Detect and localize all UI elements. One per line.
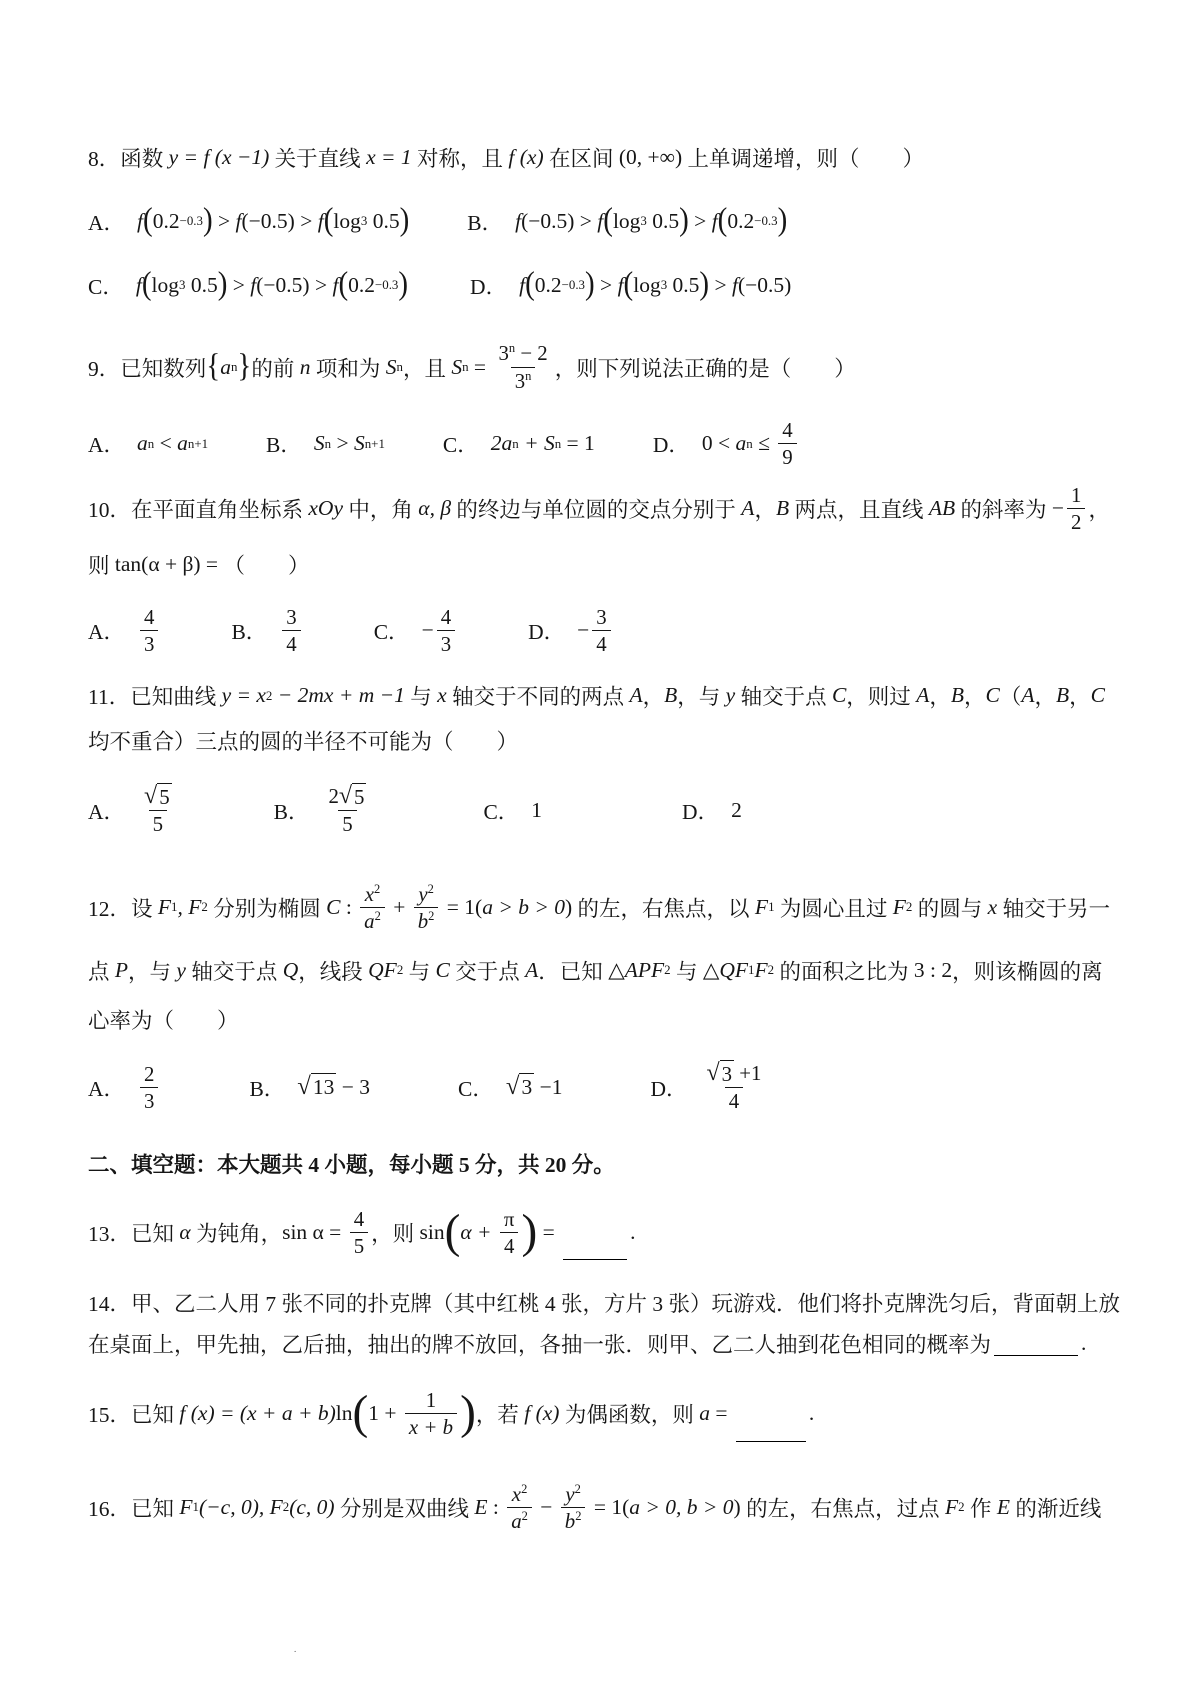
math-run: y [418, 882, 427, 906]
option-label: C． [458, 1072, 494, 1103]
question-text: 轴交于点 [735, 680, 832, 711]
question-text: （ [1000, 680, 1022, 711]
question-text: . [630, 1220, 635, 1245]
denominator: 2 [1067, 508, 1085, 535]
paren-open: ( [624, 269, 634, 302]
paren-close: ) [218, 269, 228, 302]
math-run: − 2mx + m −1 [272, 683, 405, 708]
math-run: > [295, 209, 318, 234]
math-run: y [726, 683, 736, 708]
superscript: 2 [521, 1482, 527, 1496]
math-run: α [179, 1220, 190, 1245]
math-run: − [1052, 496, 1064, 521]
question-text: 与 [403, 955, 435, 986]
question-10-stem-2: 则 tan(α + β) = （ ） [88, 549, 1130, 580]
question-text: 的左，右焦点，过点 [746, 1492, 945, 1523]
question-text: 分别为椭圆 [208, 892, 326, 923]
math-run: S [314, 431, 325, 456]
math-run: S [354, 431, 365, 456]
exam-page: 8．函数 y = f (x −1) 关于直线 x = 1 对称，且 f (x) … [0, 0, 1200, 1698]
option-label: B． [467, 206, 503, 237]
option-label: C． [443, 428, 479, 459]
question-text: 8．函数 [88, 142, 169, 173]
math-run: (c, 0) [289, 1495, 334, 1520]
question-8-options-ab: A． f(0.2−0.3) > f(−0.5) > f(log3 0.5) B．… [88, 199, 1130, 243]
superscript: 2 [375, 909, 381, 923]
question-text: 的斜率为 [955, 493, 1052, 524]
denominator: 9 [778, 443, 796, 470]
math-run: + S [519, 431, 555, 456]
option-label: D． [470, 270, 507, 301]
denominator: b2 [561, 1507, 586, 1534]
option-label: B． [249, 1072, 285, 1103]
question-9-option-a: A． an < an+1 [88, 428, 208, 459]
math-run: A [916, 683, 929, 708]
option-label: A． [88, 206, 125, 237]
math-run: (−0.5) [738, 273, 791, 298]
math-run: +1 [734, 1061, 761, 1085]
question-text: ，线段 [298, 955, 368, 986]
question-text: ， [929, 680, 951, 711]
radical-sign: √ [297, 1073, 311, 1100]
question-text: 上单调递增，则（ ） [682, 142, 924, 173]
math-run: 0.5 [647, 209, 679, 234]
denominator: 3 [140, 630, 158, 657]
answer-blank [736, 1419, 806, 1443]
numerator: y2 [414, 881, 438, 907]
fraction: √55 [140, 783, 176, 837]
question-11-options: A． √55 B． 2√55 C． 1 D． 2 [88, 780, 1130, 840]
math-run: A [629, 683, 642, 708]
question-text: ， [754, 493, 776, 524]
question-12-stem-2: 点 P，与 y 轴交于点 Q，线段 QF2 与 C 交于点 A．已知 △APF2… [88, 954, 1130, 986]
fraction: 3n − 23n [494, 340, 551, 393]
math-run: + [388, 895, 411, 920]
option-label: D． [653, 428, 690, 459]
math-run: = [537, 1220, 560, 1245]
math-run: a [137, 431, 148, 456]
question-text: ， [1035, 680, 1057, 711]
math-run: = 1 [561, 431, 595, 456]
math-run: ) [565, 895, 578, 920]
math-run: C [832, 683, 846, 708]
radical: √5 [144, 783, 172, 810]
math-run: B [776, 496, 789, 521]
math-run: > [574, 209, 597, 234]
numerator: y2 [561, 1481, 585, 1507]
option-label: C． [374, 615, 410, 646]
numerator: 2 [140, 1061, 158, 1087]
math-run: > [709, 273, 732, 298]
denominator: 4 [592, 630, 610, 657]
math-run: y [176, 958, 186, 983]
question-10-option-b: B． 34 [231, 604, 303, 657]
math-run: > [331, 431, 354, 456]
math-run: log [613, 209, 640, 234]
math-run: y = x [222, 683, 266, 708]
radical: √13 [297, 1073, 336, 1101]
math-run: sin α = [282, 1220, 347, 1245]
question-text: ，则下列说法正确的是（ ） [555, 352, 856, 383]
fraction: 34 [592, 604, 610, 657]
math-run: f (x) [524, 1401, 559, 1426]
fraction: 49 [778, 417, 796, 470]
question-text: ，则过 [846, 680, 916, 711]
math-run: ) [734, 1495, 747, 1520]
denominator: b2 [414, 907, 439, 934]
fraction: x2a2 [360, 881, 385, 934]
math-run: − 3 [336, 1075, 370, 1100]
numerator: 3 [592, 604, 610, 630]
numerator: 4 [437, 604, 455, 630]
question-11-option-c: C． 1 [483, 795, 542, 826]
question-8-option-a: A． f(0.2−0.3) > f(−0.5) > f(log3 0.5) [88, 206, 409, 237]
denominator: 5 [350, 1232, 368, 1259]
math-run: 1 + [368, 1401, 402, 1426]
question-text: 在区间 [544, 142, 619, 173]
question-text: 的渐近线 [1010, 1492, 1101, 1523]
question-8-option-d: D． f(0.2−0.3) > f(log3 0.5) > f(−0.5) [470, 270, 791, 301]
math-run: = [469, 355, 492, 380]
question-text: ，若 [476, 1398, 524, 1429]
question-text: 心率为（ ） [88, 1004, 239, 1035]
question-text: ，则该椭圆的离 [952, 955, 1103, 986]
denominator: a2 [360, 907, 385, 934]
question-text: ， [643, 680, 665, 711]
paren-close: ) [679, 205, 689, 238]
denominator: 3n [511, 367, 536, 394]
math-run: > [689, 209, 712, 234]
math-run: < [154, 431, 177, 456]
question-12-option-c: C． √3 −1 [458, 1072, 562, 1103]
denominator: 4 [282, 630, 300, 657]
math-run: a [511, 1509, 521, 1533]
question-9-stem: 9．已知数列{an}的前 n 项和为 Sn，且 Sn = 3n − 23n，则下… [88, 339, 1130, 395]
math-run: F [188, 895, 201, 920]
math-run: F [893, 895, 906, 920]
numerator: 1 [1067, 482, 1085, 508]
question-text: 10．在平面直角坐标系 [88, 493, 308, 524]
paren-close: ) [699, 269, 709, 302]
question-text: 11．已知曲线 [88, 680, 222, 711]
fraction: y2b2 [561, 1481, 586, 1534]
question-text: ， [1088, 493, 1110, 524]
paren-open: ( [445, 1209, 461, 1256]
math-run: y [565, 1482, 574, 1506]
question-text: 关于直线 [269, 142, 366, 173]
math-run: a > 0, b > 0 [629, 1495, 733, 1520]
fraction: 45 [350, 1206, 368, 1259]
question-text: 交于点 [450, 955, 525, 986]
question-text: 为钝角， [191, 1217, 282, 1248]
denominator: x + b [405, 1413, 457, 1440]
question-text: 14．甲、乙二人用 7 张不同的扑克牌（其中红桃 4 张，方片 3 张）玩游戏．… [88, 1287, 1120, 1318]
question-text: 15．已知 [88, 1398, 179, 1429]
math-run: − [577, 618, 589, 643]
question-14-stem-2: 在桌面上，甲先抽，乙后抽，抽出的牌不放回，各抽一张．则甲、乙二人抽到花色相同的概… [88, 1328, 1130, 1359]
paren-open: ( [142, 269, 152, 302]
math-run: 0.5 [185, 273, 217, 298]
math-run: α, β [418, 496, 451, 521]
math-run: sin [420, 1220, 445, 1245]
question-8-option-c: C． f(log3 0.5) > f(−0.5) > f(0.2−0.3) [88, 270, 408, 301]
superscript: 2 [428, 909, 434, 923]
paren-close: ) [521, 1209, 537, 1256]
math-run: : [487, 1495, 504, 1520]
question-text: 的左，右焦点，以 [578, 892, 755, 923]
math-run: log [333, 209, 360, 234]
numerator: 3n − 2 [494, 340, 551, 366]
question-text: 为偶函数，则 [559, 1398, 699, 1429]
question-text: 在桌面上，甲先抽，乙后抽，抽出的牌不放回，各抽一张．则甲、乙二人抽到花色相同的概… [88, 1328, 991, 1359]
math-run: tan(α + β) = [115, 552, 224, 577]
question-16: 16．已知 F1(−c, 0), F2(c, 0) 分别是双曲线 E : x2a… [88, 1475, 1130, 1539]
math-run: = [710, 1401, 733, 1426]
math-run: f (x) [508, 145, 543, 170]
radicand: 3 [519, 1073, 534, 1101]
math-run: C [436, 958, 450, 983]
option-label: D． [650, 1072, 687, 1103]
numerator: x2 [361, 881, 385, 907]
math-run: a [699, 1401, 710, 1426]
fraction: 43 [140, 604, 158, 657]
section-2-header: 二、填空题：本大题共 4 小题，每小题 5 分，共 20 分。 [88, 1147, 1130, 1179]
math-run: − 2 [515, 341, 548, 365]
numerator: π [500, 1206, 519, 1232]
math-run: (−0.5) [521, 209, 574, 234]
question-text: . [1081, 1331, 1086, 1356]
question-12-option-b: B． √13 − 3 [249, 1072, 370, 1103]
fraction: √3 +14 [702, 1060, 765, 1114]
exam-content: 8．函数 y = f (x −1) 关于直线 x = 1 对称，且 f (x) … [88, 142, 1130, 1539]
math-run: α + [460, 1220, 497, 1245]
option-label: D． [528, 615, 565, 646]
math-run: log [152, 273, 179, 298]
question-text: 则 [88, 549, 115, 580]
question-10-option-d: D． −34 [528, 604, 614, 657]
question-text: 13．已知 [88, 1217, 179, 1248]
fraction: 2√55 [324, 783, 370, 837]
math-run: △APF [608, 958, 664, 983]
math-run: y = f (x −1) [169, 145, 270, 170]
question-text: ， [1069, 680, 1091, 711]
math-run: , [177, 895, 188, 920]
paren-open: ( [143, 205, 153, 238]
denominator: 4 [725, 1087, 743, 1114]
math-run: 0.2 [727, 209, 754, 234]
radical-sign: √ [339, 783, 352, 809]
question-text: 作 [965, 1492, 997, 1523]
question-text: . [809, 1401, 814, 1426]
option-label: B． [266, 428, 302, 459]
fraction: π4 [500, 1206, 519, 1259]
math-run: A [1021, 683, 1034, 708]
math-run: − [422, 618, 434, 643]
math-run: n [300, 355, 311, 380]
question-text: 为圆心且过 [775, 892, 893, 923]
question-10-stem: 10．在平面直角坐标系 xOy 中，角 α, β 的终边与单位圆的交点分别于 A… [88, 482, 1130, 535]
question-11-stem: 11．已知曲线 y = x2 − 2mx + m −1 与 x 轴交于不同的两点… [88, 680, 1130, 711]
option-label: A． [88, 1072, 125, 1103]
math-run: b [565, 1509, 575, 1533]
math-run: E [474, 1495, 487, 1520]
question-text: 两点，且直线 [789, 493, 929, 524]
paren-close: ) [203, 205, 213, 238]
radicand: 13 [311, 1073, 337, 1101]
question-11-option-d: D． 2 [682, 795, 742, 826]
math-run: C [326, 895, 340, 920]
paren-close: ) [778, 205, 788, 238]
option-label: D． [682, 795, 719, 826]
numerator: 4 [778, 417, 796, 443]
math-run: B [951, 683, 964, 708]
question-text: ，且 [403, 352, 451, 383]
fraction: 23 [140, 1061, 158, 1114]
radicand: 3 [720, 1060, 734, 1087]
question-8-stem: 8．函数 y = f (x −1) 关于直线 x = 1 对称，且 f (x) … [88, 142, 1130, 173]
math-run: : [340, 895, 357, 920]
option-label: C． [88, 270, 124, 301]
math-run: 3 : 2 [914, 958, 952, 983]
math-run: a > b > 0 [482, 895, 565, 920]
paren-open: ( [352, 1390, 368, 1437]
math-run: b [418, 909, 428, 933]
question-12-options: A． 23 B． √13 − 3 C． √3 −1 D． √3 +14 [88, 1057, 1130, 1117]
question-10-options: A． 43 B． 34 C． −43 D． −34 [88, 602, 1130, 658]
radicand: 5 [157, 783, 171, 810]
question-9-options: A． an < an+1 B． Sn > Sn+1 C． 2an + Sn = … [88, 417, 1130, 470]
option-label: A． [88, 428, 125, 459]
question-text: 与 [405, 680, 437, 711]
radical-sign: √ [144, 783, 157, 809]
question-text: ， [964, 680, 986, 711]
math-run: F [755, 958, 768, 983]
superscript: 2 [575, 1509, 581, 1523]
question-13: 13．已知 α 为钝角，sin α = 45，则 sin(α + π4) = . [88, 1201, 1130, 1263]
math-run: 0 < [702, 431, 736, 456]
answer-blank [994, 1333, 1078, 1357]
option-label: A． [88, 615, 125, 646]
question-text: 点 [88, 955, 115, 986]
superscript: 2 [575, 1482, 581, 1496]
question-14-stem: 14．甲、乙二人用 7 张不同的扑克牌（其中红桃 4 张，方片 3 张）玩游戏．… [88, 1287, 1130, 1318]
paren-open: ( [324, 205, 334, 238]
question-9-option-b: B． Sn > Sn+1 [266, 428, 385, 459]
math-run: (−c, 0), F [199, 1495, 283, 1520]
question-text: 轴交于不同的两点 [447, 680, 630, 711]
math-run: E [997, 1495, 1010, 1520]
question-8-option-b: B． f(−0.5) > f(log3 0.5) > f(0.2−0.3) [467, 206, 787, 237]
math-run: a [735, 431, 746, 456]
question-text: 的圆与 [912, 892, 987, 923]
section-title: 二、填空题：本大题共 4 小题，每小题 5 分，共 20 分。 [88, 1148, 615, 1179]
math-run: F [158, 895, 171, 920]
math-run: B [1056, 683, 1069, 708]
question-text: 与 [671, 955, 703, 986]
radical: √3 [706, 1060, 734, 1087]
paren-open: ( [718, 205, 728, 238]
numerator: 3 [282, 604, 300, 630]
question-text: 的终边与单位圆的交点分别于 [451, 493, 741, 524]
question-text: 9．已知数列 [88, 352, 206, 383]
question-8-options-cd: C． f(log3 0.5) > f(−0.5) > f(0.2−0.3) D．… [88, 263, 1130, 307]
paren-close: ) [585, 269, 595, 302]
question-text: ．已知 [538, 955, 608, 986]
question-11-option-a: A． √55 [88, 783, 179, 837]
math-run: ln [336, 1401, 353, 1426]
numerator: 2√5 [324, 783, 370, 810]
paren-close: ) [400, 205, 410, 238]
paren-open: ( [603, 205, 613, 238]
question-text: 16．已知 [88, 1492, 179, 1523]
question-text: 均不重合）三点的圆的半径不可能为（ ） [88, 725, 518, 756]
math-run: = 1( [441, 895, 482, 920]
math-run: x [988, 895, 998, 920]
superscript: 2 [522, 1509, 528, 1523]
math-run: Q [283, 958, 299, 983]
question-text: 项和为 [310, 352, 385, 383]
question-11-option-b: B． 2√55 [274, 783, 374, 837]
math-run: (0, +∞) [619, 145, 682, 170]
question-text: 分别是双曲线 [335, 1492, 475, 1523]
numerator: 4 [350, 1206, 368, 1232]
radical-sign: √ [506, 1073, 520, 1100]
math-run: A [525, 958, 538, 983]
question-10-option-a: A． 43 [88, 604, 161, 657]
brace-open: { [206, 351, 220, 384]
question-text: ，则 [371, 1217, 419, 1248]
denominator: 4 [500, 1232, 518, 1259]
math-run: x [437, 683, 447, 708]
question-text: 对称，且 [412, 142, 509, 173]
math-run: a [364, 909, 374, 933]
radical: √5 [339, 783, 367, 810]
option-label: B． [274, 795, 310, 826]
math-run: = 1( [588, 1495, 629, 1520]
math-run: F [755, 895, 768, 920]
math-run: 2 [328, 784, 338, 808]
numerator: 4 [140, 604, 158, 630]
paren-open: ( [338, 269, 348, 302]
math-run: 2 [731, 798, 742, 823]
question-11-stem-2: 均不重合）三点的圆的半径不可能为（ ） [88, 725, 1130, 756]
math-run: 3 [498, 341, 508, 365]
math-run: △QF [703, 958, 748, 983]
math-run: 0.2 [348, 273, 375, 298]
question-text: 中，角 [343, 493, 418, 524]
math-run: x = 1 [366, 145, 412, 170]
option-label: A． [88, 795, 125, 826]
math-run: > [213, 209, 236, 234]
denominator: 5 [149, 810, 167, 837]
math-run: F [945, 1495, 958, 1520]
question-12-option-a: A． 23 [88, 1061, 161, 1114]
math-run: x [365, 882, 374, 906]
radical-sign: √ [706, 1060, 719, 1086]
math-run: 1 [531, 798, 542, 823]
question-9-option-d: D． 0 < an ≤ 49 [653, 417, 800, 470]
denominator: 3 [140, 1087, 158, 1114]
numerator: √3 +1 [702, 1060, 765, 1087]
brace-close: } [237, 351, 251, 384]
math-run: log [633, 273, 660, 298]
math-run: S [451, 355, 462, 380]
superscript: 2 [374, 882, 380, 896]
question-text: 12．设 [88, 892, 158, 923]
question-text: ，与 [128, 955, 176, 986]
superscript: 2 [428, 882, 434, 896]
math-run: 2a [491, 431, 513, 456]
